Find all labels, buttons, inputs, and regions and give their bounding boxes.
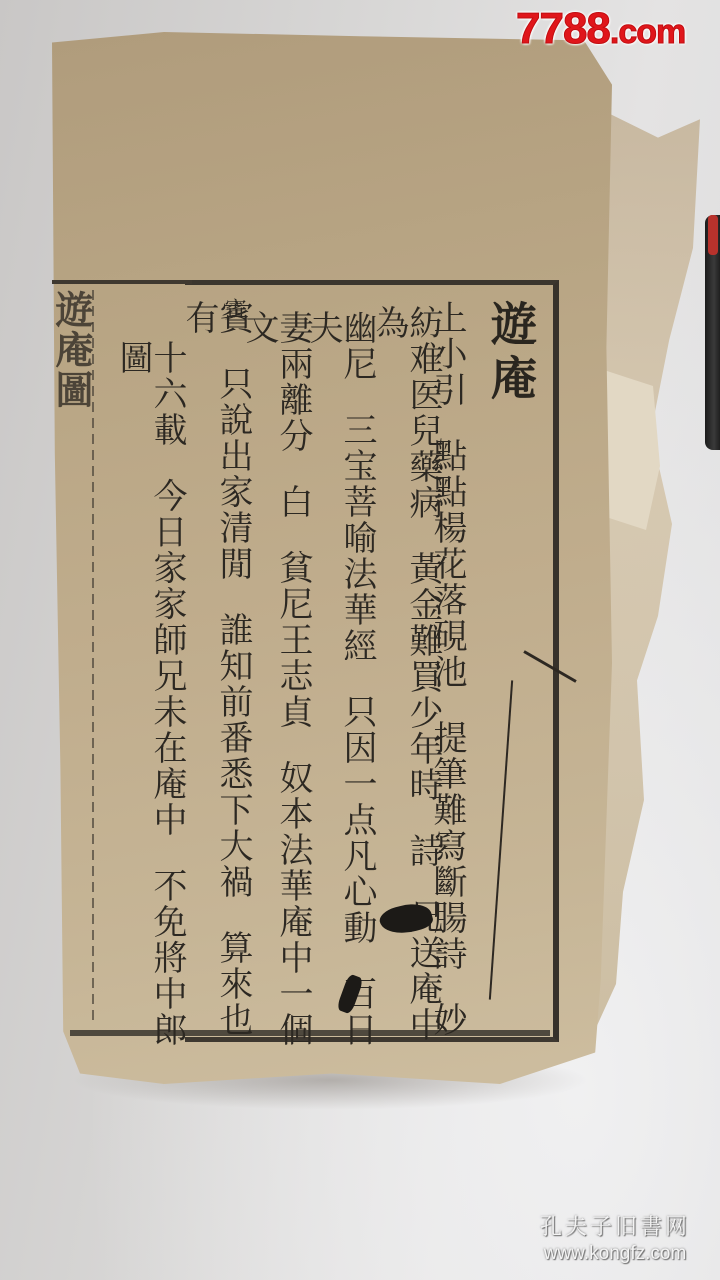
text-segment: 詩 — [403, 833, 443, 869]
text-column-6: 賓只說出家清閒誰知前番悉下大禍算來也有 — [182, 300, 250, 1040]
text-segment: 妻兩離分 — [273, 310, 313, 454]
text-segment: 三宝菩喻法華經 — [337, 412, 377, 664]
text-segment: 白 — [273, 484, 313, 520]
text-column-3: 紡难医兒藥病黃金難買少年時詩兄送庵中為 — [372, 305, 440, 1045]
text-segment: 只因一点凡心動 — [337, 694, 377, 946]
watermark-7788: 7788.com — [516, 4, 685, 54]
text-column-4: 幽尼三宝菩喻法華經只因一点凡心動百日夫 — [306, 310, 374, 1050]
text-segment: 十六載 — [147, 340, 187, 448]
small-annotation: 賓 — [222, 298, 244, 322]
watermark-7788-suffix: .com — [610, 13, 685, 51]
watermark-7788-main: 7788 — [516, 4, 610, 53]
text-segment: 紡难医兒藥病 — [403, 305, 443, 521]
page-title: 遊庵 — [488, 300, 534, 408]
text-segment: 只說出家清閒 — [213, 366, 253, 582]
watermark-kongfz: 孔夫子旧書网 www.kongfz.com — [540, 1210, 690, 1265]
text-segment: 黃金難買少年時 — [403, 551, 443, 803]
print-border-top-outer — [52, 280, 192, 284]
margin-title: 遊庵圖 — [52, 290, 90, 550]
role-label-nun: 幽尼 — [337, 310, 377, 382]
watermark-kongfz-name: 孔夫子旧書网 — [540, 1210, 690, 1241]
text-column-7: 十六載今日家家師兄未在庵中不免將中郎圖 — [116, 340, 184, 1060]
watermark-kongfz-url: www.kongfz.com — [540, 1243, 690, 1265]
text-segment: 貧尼王志貞 — [273, 550, 313, 730]
text-segment: 今日家家師兄未在庵中 — [147, 478, 187, 838]
text-segment: 誰知前番悉下大禍 — [213, 612, 253, 900]
pen-clip — [708, 215, 718, 255]
